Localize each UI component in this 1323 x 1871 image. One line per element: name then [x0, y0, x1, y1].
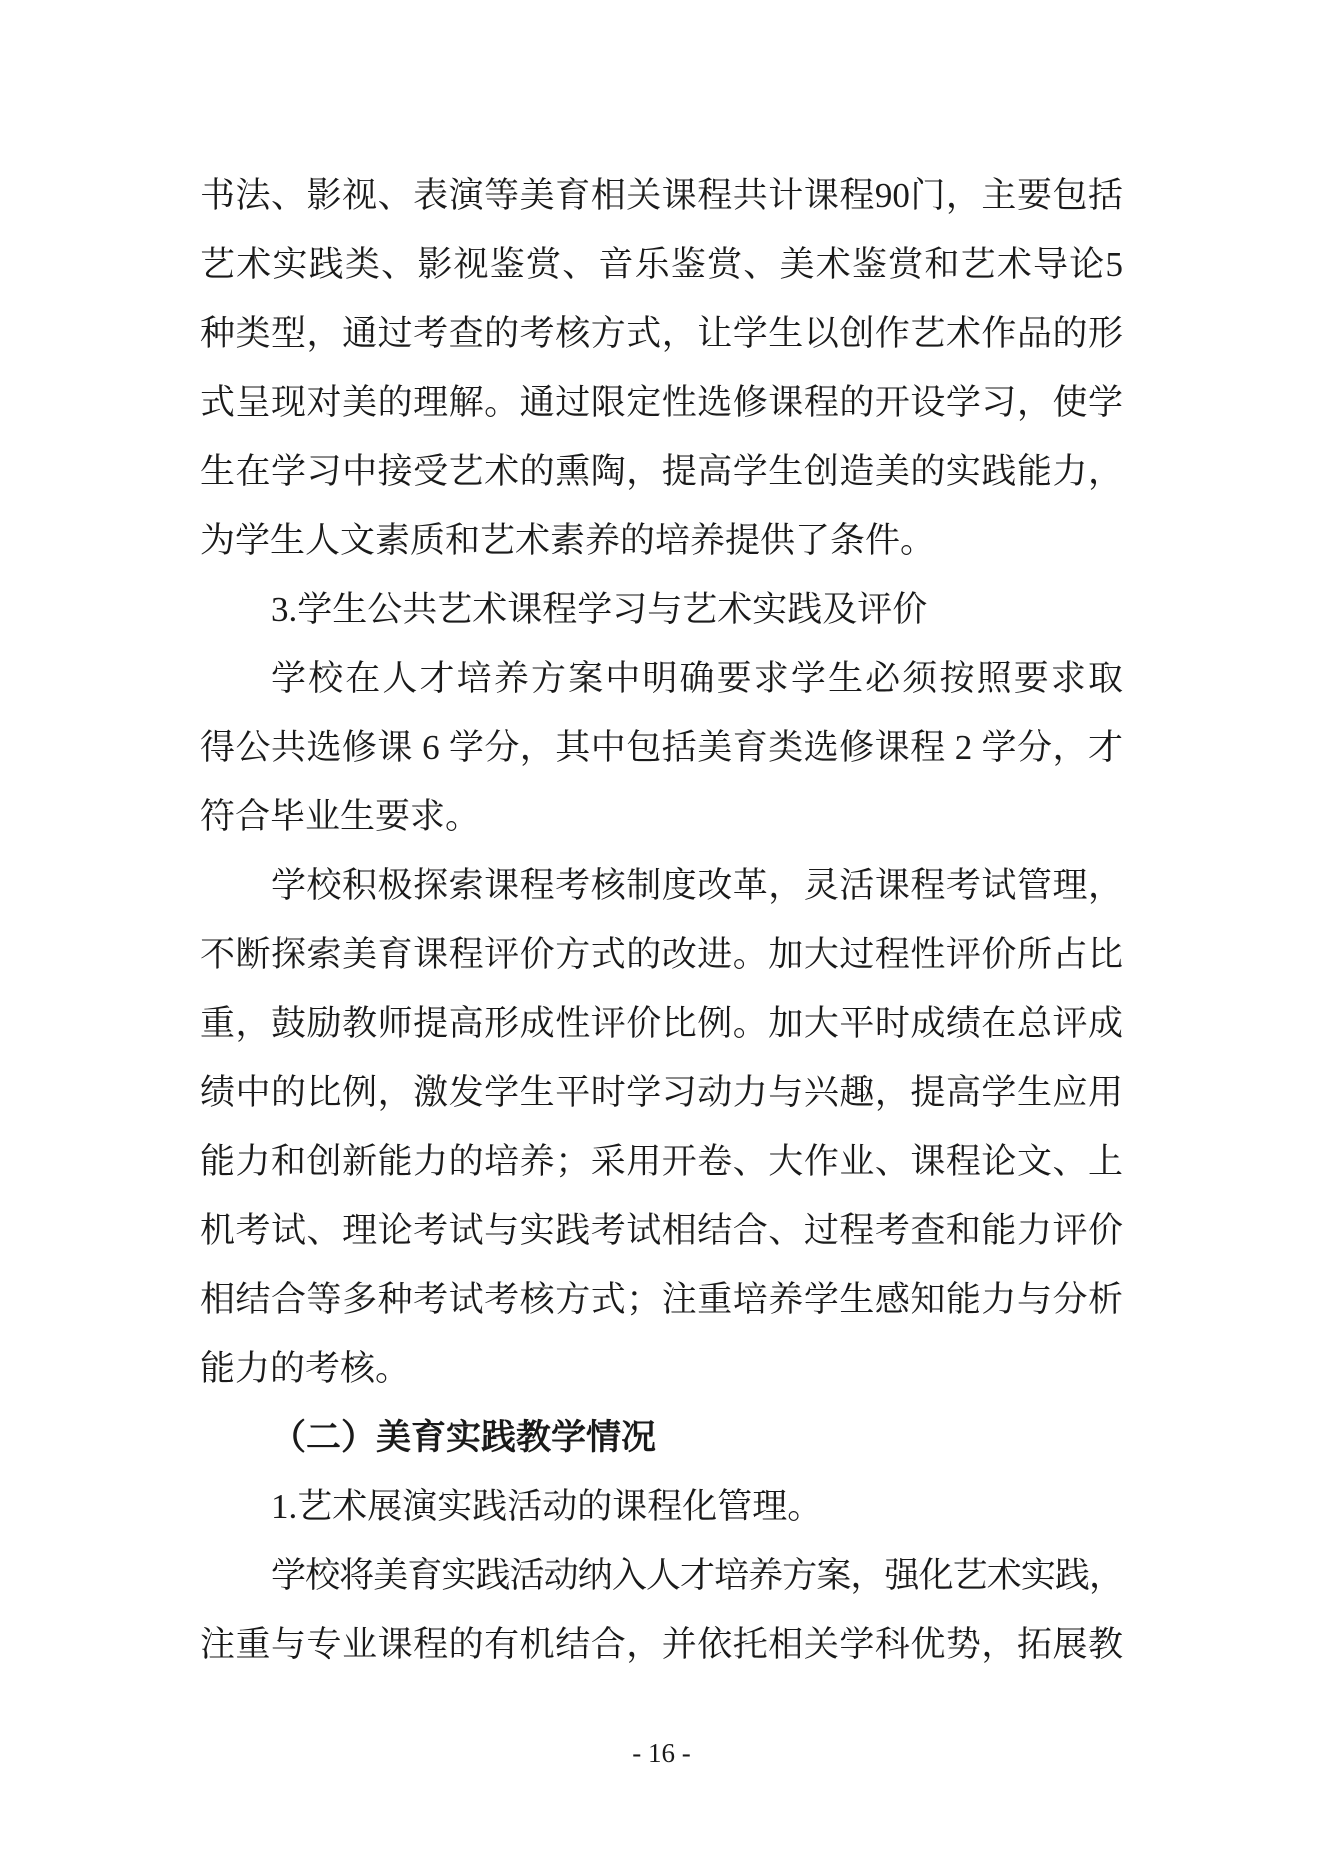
text-line: 不断探索美育课程评价方式的改进。加大过程性评价所占比 [200, 920, 1123, 989]
text-line: 能力和创新能力的培养；采用开卷、大作业、课程论文、上 [200, 1127, 1123, 1196]
text-line: 机考试、理论考试与实践考试相结合、过程考查和能力评价 [200, 1196, 1123, 1265]
text-line: 学校积极探索课程考核制度改革，灵活课程考试管理， [200, 851, 1123, 920]
text-line: 绩中的比例，激发学生平时学习动力与兴趣，提高学生应用 [200, 1058, 1123, 1127]
text-line: 生在学习中接受艺术的熏陶，提高学生创造美的实践能力， [200, 437, 1123, 506]
text-block: 书法、影视、表演等美育相关课程共计课程90门，主要包括艺术实践类、影视鉴赏、音乐… [200, 161, 1123, 1679]
text-line: 学校将美育实践活动纳入人才培养方案，强化艺术实践， [200, 1541, 1123, 1610]
text-line: 重，鼓励教师提高形成性评价比例。加大平时成绩在总评成 [200, 989, 1123, 1058]
text-line: 得公共选修课 6 学分，其中包括美育类选修课程 2 学分，才 [200, 713, 1123, 782]
text-line: 学校在人才培养方案中明确要求学生必须按照要求取 [200, 644, 1123, 713]
text-line: 式呈现对美的理解。通过限定性选修课程的开设学习，使学 [200, 368, 1123, 437]
document-page: 书法、影视、表演等美育相关课程共计课程90门，主要包括艺术实践类、影视鉴赏、音乐… [0, 0, 1323, 1871]
text-line: 艺术实践类、影视鉴赏、音乐鉴赏、美术鉴赏和艺术导论5 [200, 230, 1123, 299]
text-line: 书法、影视、表演等美育相关课程共计课程90门，主要包括 [200, 161, 1123, 230]
section-heading: （二）美育实践教学情况 [200, 1403, 1123, 1472]
text-line: 注重与专业课程的有机结合，并依托相关学科优势，拓展教 [200, 1610, 1123, 1679]
text-line: 为学生人文素质和艺术素养的培养提供了条件。 [200, 506, 1123, 575]
text-line: 1.艺术展演实践活动的课程化管理。 [200, 1472, 1123, 1541]
page-number: - 16 - [0, 1738, 1323, 1768]
text-line: 相结合等多种考试考核方式；注重培养学生感知能力与分析 [200, 1265, 1123, 1334]
text-line: 种类型，通过考查的考核方式，让学生以创作艺术作品的形 [200, 299, 1123, 368]
text-line: 能力的考核。 [200, 1334, 1123, 1403]
text-line: 3.学生公共艺术课程学习与艺术实践及评价 [200, 575, 1123, 644]
text-line: 符合毕业生要求。 [200, 782, 1123, 851]
